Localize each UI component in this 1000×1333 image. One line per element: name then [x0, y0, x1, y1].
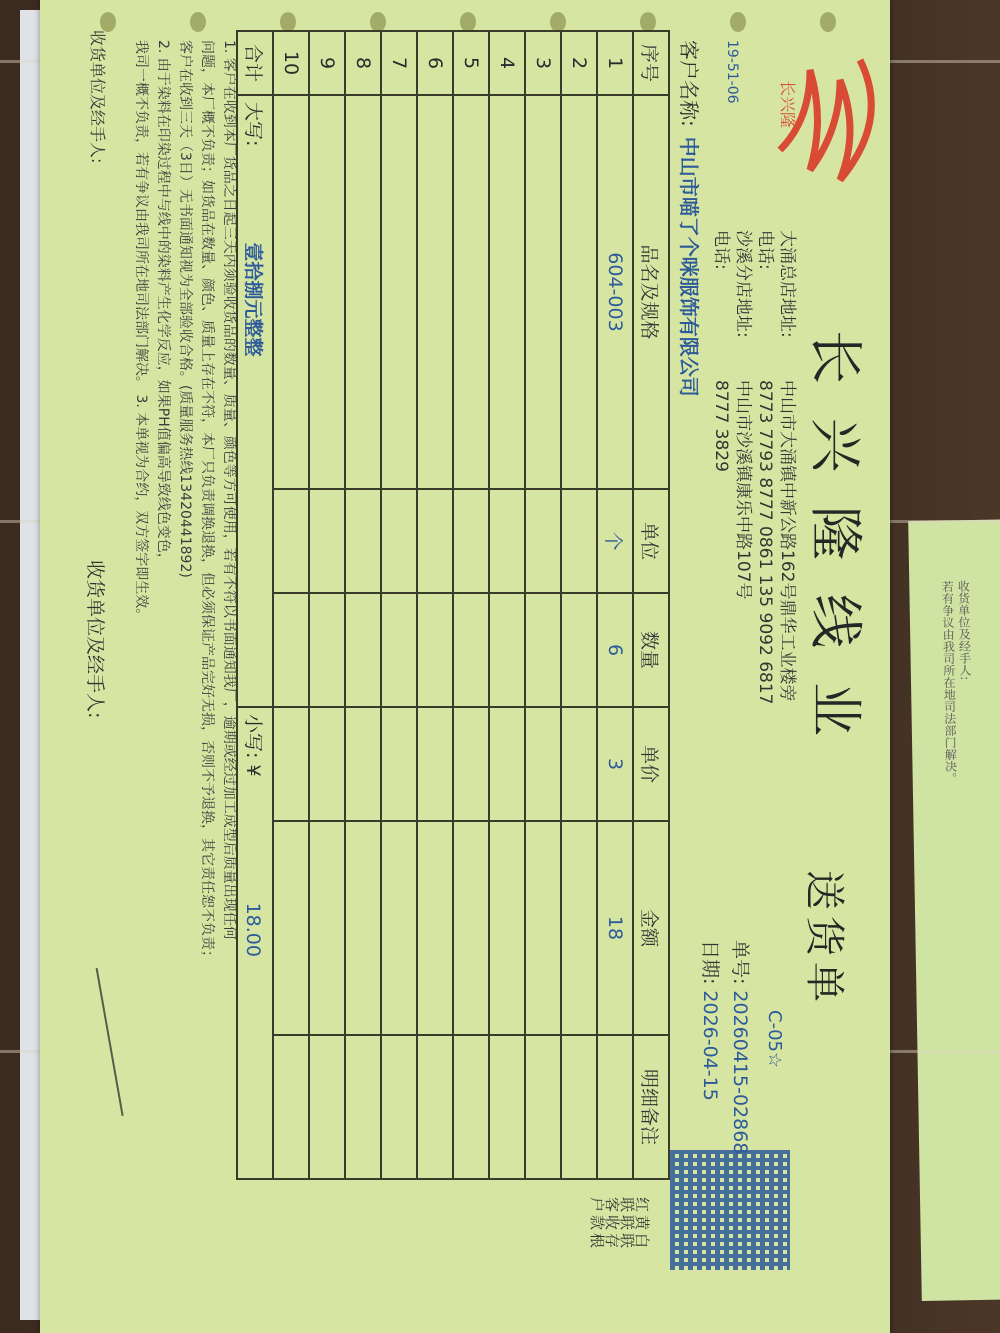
qr-code-icon	[670, 1150, 790, 1270]
form-code: C-05☆	[764, 1010, 785, 1068]
order-number: 单号:20260415-02868	[728, 940, 755, 1154]
table-row: 2	[561, 31, 597, 1179]
items-table: 序号 品名及规格 单位 数量 单价 金额 明细备注 1 604-003 个 6 …	[236, 30, 670, 1180]
total-small-label: 小写: ¥	[243, 714, 265, 777]
adjacent-delivery-note: 收货单位及经手人: 若有争议由我司所在地司法部门解决。	[908, 519, 1000, 1301]
total-small: 18.00	[243, 903, 265, 957]
table-row: 3	[525, 31, 561, 1179]
table-row: 1 604-003 个 6 3 18	[597, 31, 633, 1179]
customer-name: 客户名称:中山市喵了个咪服饰有限公司	[676, 40, 705, 397]
col-header: 明细备注	[633, 1035, 669, 1179]
col-header: 品名及规格	[633, 95, 669, 489]
col-header: 数量	[633, 593, 669, 707]
document-type: 送货单	[799, 870, 856, 1008]
company-name: 长兴隆线业	[801, 330, 878, 770]
total-caps: 壹拾捌元整整	[243, 242, 265, 356]
table-row: 10	[273, 31, 309, 1179]
copy-label-white: 白联存根	[590, 1231, 650, 1249]
delivery-note-paper: 长兴隆 19-51-06 长兴隆线业 送货单 大涌总店地址:中山市大涌镇中新公路…	[40, 0, 890, 1333]
phone-line-main: 电话:8773 7793 8777 0861 135 9092 6817	[755, 230, 780, 704]
table-row: 4	[489, 31, 525, 1179]
copy-labels: 白联存根 黄联收款 红联客户	[550, 1195, 650, 1249]
small-phone: 19-51-06	[724, 40, 740, 104]
order-date: 日期:2026-04-15	[698, 940, 725, 1101]
table-row: 8	[345, 31, 381, 1179]
copy-label-red: 红联客户	[590, 1195, 650, 1213]
table-row: 6	[417, 31, 453, 1179]
logo-text: 长兴隆	[777, 80, 800, 128]
delivery-note-content: 长兴隆 19-51-06 长兴隆线业 送货单 大涌总店地址:中山市大涌镇中新公路…	[70, 0, 890, 1300]
table-header-row: 序号 品名及规格 单位 数量 单价 金额 明细备注	[633, 31, 669, 1179]
signature-label: 收货单位及经手人:	[83, 560, 110, 718]
total-row: 合计 大写: 壹拾捌元整整 小写: ¥ 18.00	[237, 31, 273, 1179]
col-header: 单价	[633, 707, 669, 821]
col-header: 金额	[633, 821, 669, 1035]
phone-line-branch: 电话:8777 3829	[711, 230, 736, 472]
table-row: 5	[453, 31, 489, 1179]
col-header: 序号	[633, 31, 669, 95]
table-row: 7	[381, 31, 417, 1179]
address-line-main: 大涌总店地址:中山市大涌镇中新公路162号鼎华工业楼旁	[777, 230, 802, 701]
table-row: 9	[309, 31, 345, 1179]
address-line-branch: 沙溪分店地址:中山市沙溪镇康乐中路107号	[733, 230, 758, 599]
copy-label-yellow: 黄联收款	[590, 1213, 650, 1231]
col-header: 单位	[633, 489, 669, 593]
total-caps-label: 大写:	[243, 102, 265, 146]
signature-label-left: 收货单位及经手人:	[87, 30, 110, 163]
